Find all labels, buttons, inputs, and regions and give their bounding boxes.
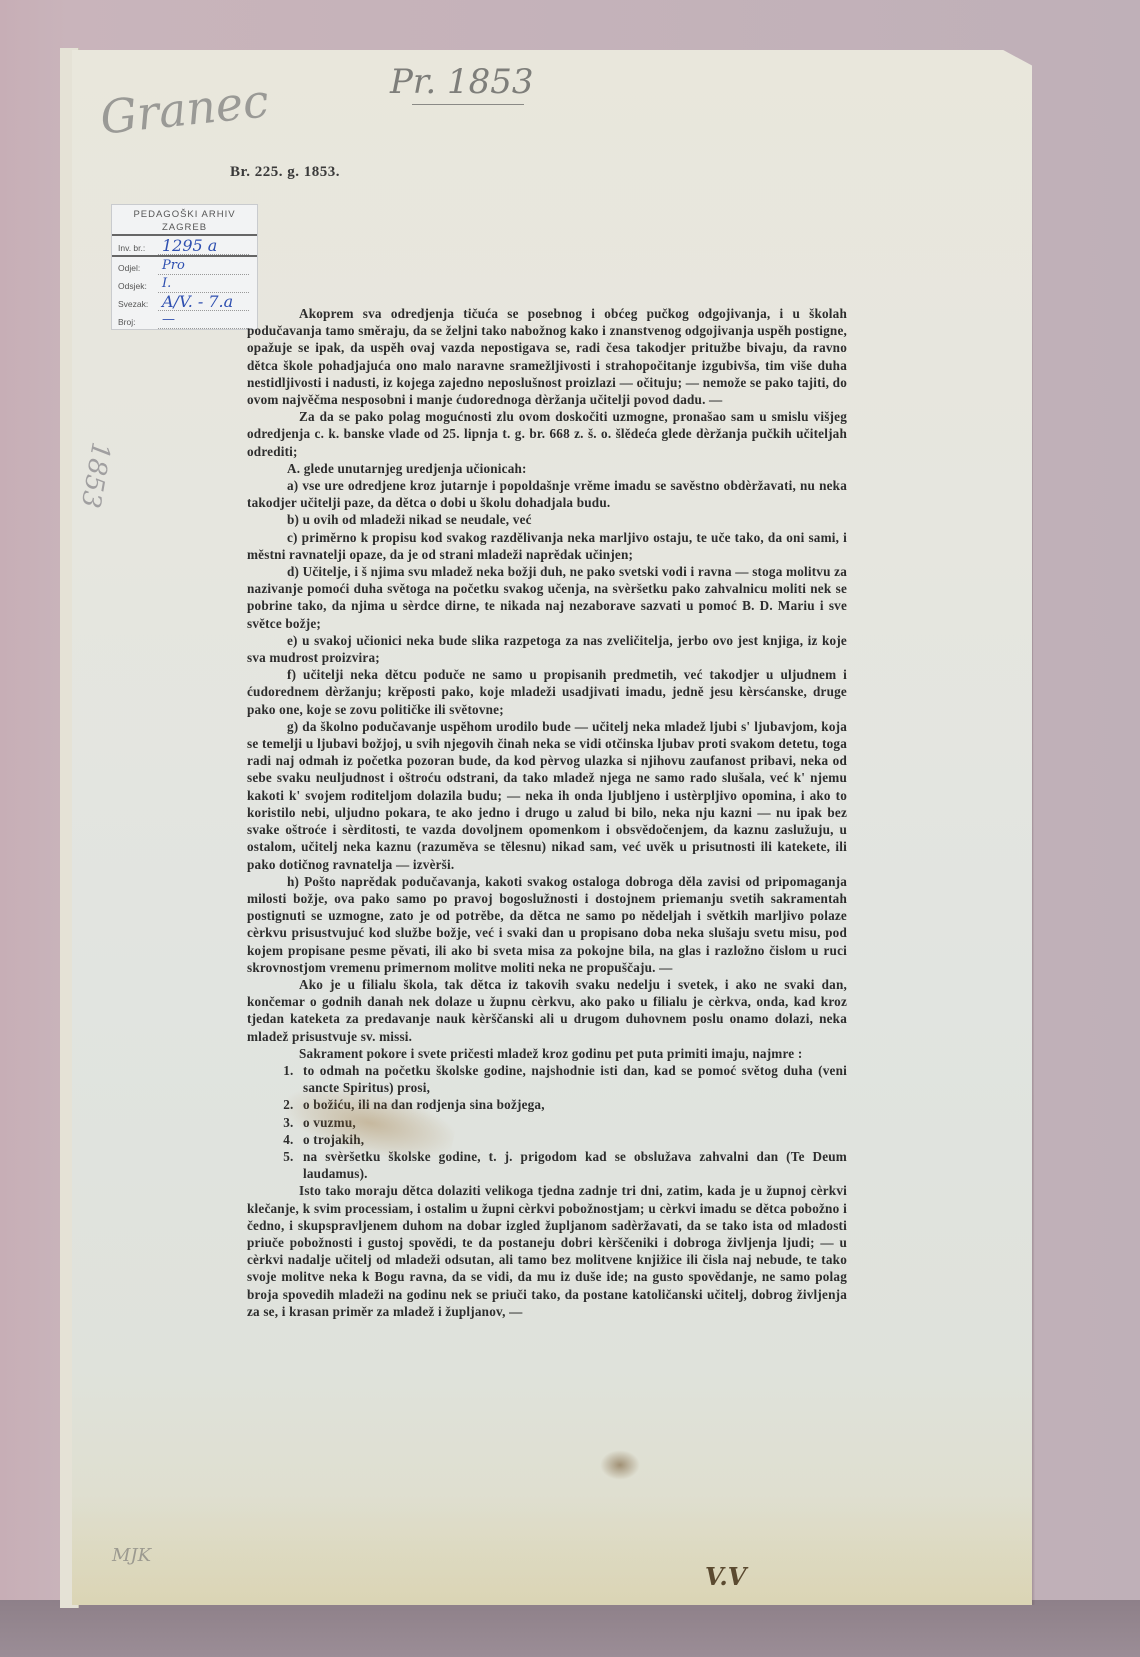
archive-stamp-header: PEDAGOŠKI ARHIV ZAGREB (112, 205, 257, 236)
backdrop (0, 1600, 1140, 1657)
stamp-field-label: Svezak: (118, 299, 158, 311)
stamp-field-value: — (158, 312, 249, 329)
rule-item: b) u ovih od mladeži nikad se neudale, v… (247, 511, 847, 528)
intro-paragraph: Akoprem sva odredjenja tičuća se posebno… (247, 305, 847, 408)
sacraments-intro: Sakrament pokore i svete pričesti mladež… (247, 1045, 847, 1062)
sacrament-occasion: o trojakih, (297, 1131, 847, 1148)
stamp-field-label: Odjel: (118, 263, 158, 275)
rule-item: a) vse ure odredjene kroz jutarnje i pop… (247, 477, 847, 511)
filial-paragraph: Ako je u filialu škola, tak dětca iz tak… (247, 976, 847, 1045)
stamp-field-label: Odsjek: (118, 281, 158, 293)
stamp-field-section: Odsjek: I. (112, 275, 257, 293)
sacraments-list: to odmah na početku školske godine, najs… (247, 1062, 847, 1182)
archive-city: ZAGREB (112, 221, 257, 234)
handwritten-year-note: Pr. 1853 (390, 62, 534, 102)
rule-item: d) Učitelje, i š njima svu mladež neka b… (247, 563, 847, 632)
rule-item: f) učitelji neka dětcu poduče ne samo u … (247, 666, 847, 718)
rule-item: g) da školno podučavanje uspěhom urodilo… (247, 718, 847, 873)
stamp-field-label: Broj: (118, 317, 158, 329)
stamp-field-value: A/V. - 7.a (158, 294, 249, 311)
sacrament-occasion: o vuzmu, (297, 1114, 847, 1131)
stamp-field-inventory: Inv. br.: 1295 a (112, 236, 257, 257)
stamp-field-value: Pro (158, 258, 249, 275)
stamp-field-volume: Svezak: A/V. - 7.a (112, 293, 257, 311)
stamp-field-label: Inv. br.: (118, 243, 158, 255)
sacrament-occasion: na svèršetku školske godine, t. j. prigo… (297, 1148, 847, 1182)
sacrament-occasion: to odmah na početku školske godine, najs… (297, 1062, 847, 1096)
stamp-field-number: Broj: — (112, 311, 257, 329)
document-body: Akoprem sva odredjenja tičuća se posebno… (247, 305, 847, 1320)
handwritten-bottom-left-note: MJK (112, 1545, 151, 1566)
archive-stamp: PEDAGOŠKI ARHIV ZAGREB Inv. br.: 1295 a … (111, 204, 258, 330)
closing-paragraph: Isto tako moraju dětca dolaziti velikoga… (247, 1182, 847, 1320)
document-number: Br. 225. g. 1853. (230, 164, 340, 181)
rule-item: c) priměrno k propisu kod svakog razděli… (247, 529, 847, 563)
rule-item: e) u svakoj učionici neka bude slika raz… (247, 632, 847, 666)
stamp-field-value: 1295 a (158, 238, 249, 255)
archive-name: PEDAGOŠKI ARHIV (112, 208, 257, 221)
handwritten-bottom-right-mark: V.V (705, 1562, 746, 1591)
stamp-field-value: I. (158, 276, 249, 293)
section-a-heading: A. glede unutarnjeg uredjenja učionicah: (247, 460, 847, 477)
stamp-field-department: Odjel: Pro (112, 257, 257, 275)
sacrament-occasion: o božiću, ili na dan rodjenja sina božje… (297, 1096, 847, 1113)
handwritten-underline (412, 104, 524, 105)
decree-paragraph: Za da se pako polag mogućnosti zlu ovom … (247, 408, 847, 460)
rule-item: h) Pošto naprědak podučavanja, kakoti sv… (247, 873, 847, 976)
